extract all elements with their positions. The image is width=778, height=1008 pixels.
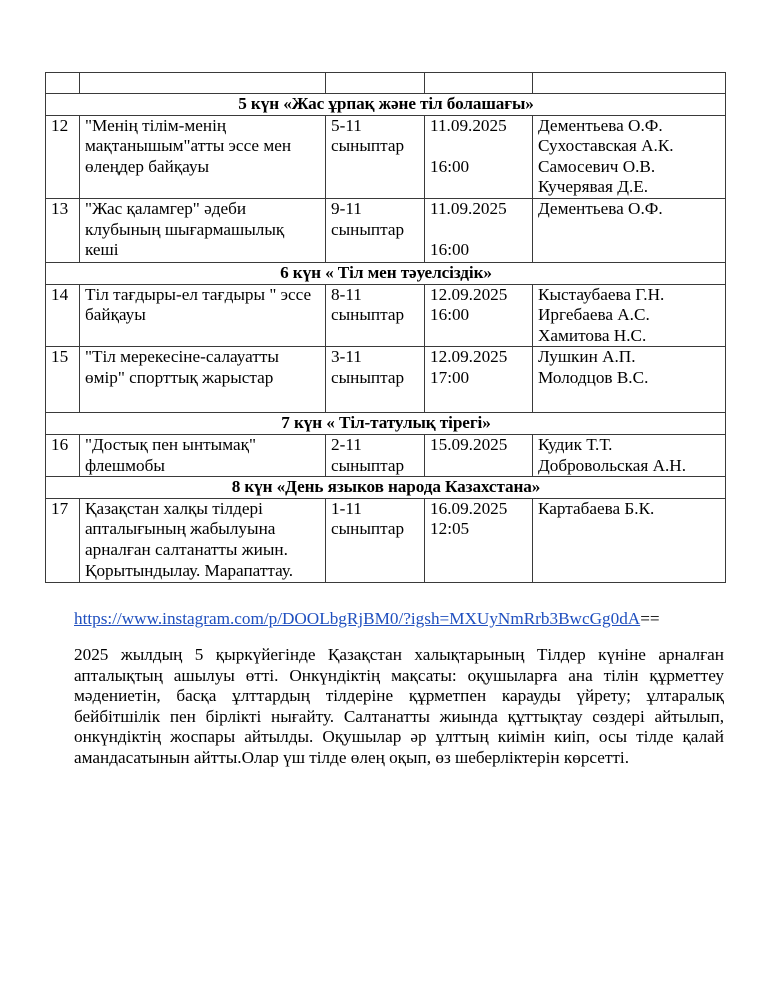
grades: 9-11 сыныптар [326, 198, 425, 262]
event-name: "Достық пен ынтымақ" флешмобы [80, 434, 326, 476]
day-title: 6 күн « Тіл мен тәуелсіздік» [46, 262, 726, 284]
event-date: 12.09.2025 16:00 [425, 284, 533, 347]
row-number: 12 [46, 115, 80, 198]
event-date: 11.09.2025 16:00 [425, 115, 533, 198]
day-title: 5 күн «Жас ұрпақ және тіл болашағы» [46, 94, 726, 116]
row-number: 16 [46, 434, 80, 476]
day-section-header: 6 күн « Тіл мен тәуелсіздік» [46, 262, 726, 284]
blank-table-row [46, 73, 726, 94]
day-section-header: 7 күн « Тіл-татулық тірегі» [46, 413, 726, 435]
event-name: "Тіл мерекесіне-салауатты өмір" спорттық… [80, 347, 326, 413]
table-row: 13 "Жас қаламгер" әдеби клубының шығарма… [46, 198, 726, 262]
event-date: 16.09.2025 12:05 [425, 498, 533, 582]
blank-cell [326, 73, 425, 94]
document-page: 5 күн «Жас ұрпақ және тіл болашағы» 12 "… [0, 0, 778, 1008]
responsible-persons: Картабаева Б.К. [533, 498, 726, 582]
blank-cell [46, 73, 80, 94]
table-row: 17 Қазақстан халқы тілдері апталығының ж… [46, 498, 726, 582]
event-date: 12.09.2025 17:00 [425, 347, 533, 413]
table-row: 12 "Менің тілім-менің мақтанышым"атты эс… [46, 115, 726, 198]
event-date: 15.09.2025 [425, 434, 533, 476]
report-paragraph: 2025 жылдың 5 қыркүйегінде Қазақстан хал… [74, 645, 724, 769]
responsible-persons: Дементьева О.Ф. [533, 198, 726, 262]
instagram-link-line: https://www.instagram.com/p/DOOLbgRjBM0/… [74, 609, 660, 629]
blank-cell [533, 73, 726, 94]
row-number: 17 [46, 498, 80, 582]
responsible-persons: Дементьева О.Ф. Сухоставская А.К. Самосе… [533, 115, 726, 198]
row-number: 15 [46, 347, 80, 413]
link-suffix: == [640, 609, 659, 628]
day-section-header: 8 күн «День языков народа Казахстана» [46, 477, 726, 499]
event-name: Тіл тағдыры-ел тағдыры " эссе байқауы [80, 284, 326, 347]
instagram-post-link[interactable]: https://www.instagram.com/p/DOOLbgRjBM0/… [74, 609, 640, 628]
responsible-persons: Кыстаубаева Г.Н. Иргебаева А.С. Хамитова… [533, 284, 726, 347]
grades: 1-11 сыныптар [326, 498, 425, 582]
day-section-header: 5 күн «Жас ұрпақ және тіл болашағы» [46, 94, 726, 116]
responsible-persons: Кудик Т.Т. Добровольская А.Н. [533, 434, 726, 476]
row-number: 14 [46, 284, 80, 347]
events-plan-table: 5 күн «Жас ұрпақ және тіл болашағы» 12 "… [45, 72, 726, 583]
day-title: 8 күн «День языков народа Казахстана» [46, 477, 726, 499]
event-name: "Менің тілім-менің мақтанышым"атты эссе … [80, 115, 326, 198]
table-row: 15 "Тіл мерекесіне-салауатты өмір" спорт… [46, 347, 726, 413]
row-number: 13 [46, 198, 80, 262]
table-row: 14 Тіл тағдыры-ел тағдыры " эссе байқауы… [46, 284, 726, 347]
day-title: 7 күн « Тіл-татулық тірегі» [46, 413, 726, 435]
blank-cell [80, 73, 326, 94]
event-name: Қазақстан халқы тілдері апталығының жабы… [80, 498, 326, 582]
responsible-persons: Лушкин А.П. Молодцов В.С. [533, 347, 726, 413]
grades: 2-11 сыныптар [326, 434, 425, 476]
blank-cell [425, 73, 533, 94]
grades: 8-11 сыныптар [326, 284, 425, 347]
table-row: 16 "Достық пен ынтымақ" флешмобы 2-11 сы… [46, 434, 726, 476]
event-date: 11.09.2025 16:00 [425, 198, 533, 262]
event-name: "Жас қаламгер" әдеби клубының шығармашыл… [80, 198, 326, 262]
grades: 5-11 сыныптар [326, 115, 425, 198]
grades: 3-11 сыныптар [326, 347, 425, 413]
